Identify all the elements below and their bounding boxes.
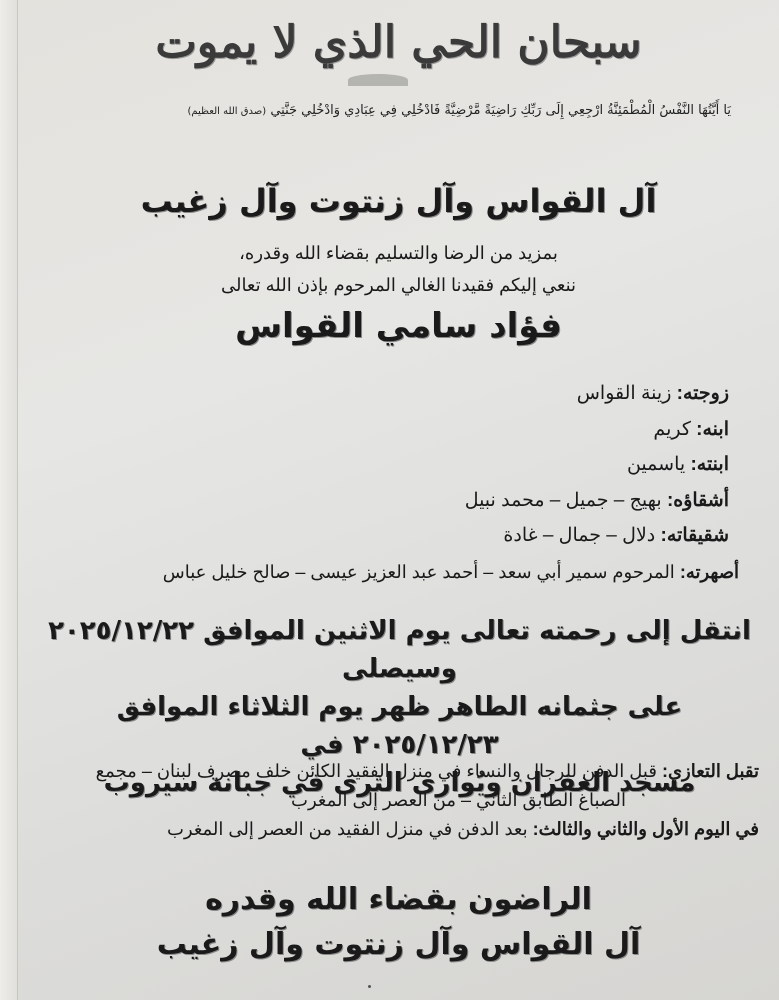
relative-value: زينة القواس <box>577 383 672 404</box>
relative-value: بهيج – جميل – محمد نبيل <box>465 490 662 511</box>
obituary-paper: سبحان الحي الذي لا يموت يَا أَيَّتُهَا ا… <box>18 0 779 1000</box>
closing-line-1: الراضون بقضاء الله وقدره <box>18 882 779 917</box>
families-header: آل القواس وآل زنتوت وآل زغيب <box>18 182 779 220</box>
condolence-label: في اليوم الأول والثاني والثالث: <box>533 819 759 839</box>
relative-son: ابنه: كريم <box>38 414 729 450</box>
announcement-line-1: انتقل إلى رحمته تعالى يوم الاثنين المواف… <box>40 612 759 688</box>
calligraphy-header: سبحان الحي الذي لا يموت <box>18 8 779 78</box>
relative-label: ابنه: <box>696 419 729 440</box>
condolence-before-burial-continued: الصباغ الطابق الثاني – من العصر إلى المغ… <box>38 786 759 815</box>
verse-source: (صدق الله العظيم) <box>187 106 266 117</box>
condolences-section: تقبل التعازي: قبل الدفن للرجال والنساء ف… <box>38 757 759 844</box>
deceased-name: فؤاد سامي القواس <box>18 306 779 346</box>
condolence-label: تقبل التعازي: <box>662 761 759 781</box>
verse-text: يَا أَيَّتُهَا النَّفْسُ الْمُطْمَئِنَّة… <box>270 103 731 118</box>
paper-edge <box>0 0 18 1000</box>
condolence-after-burial: في اليوم الأول والثاني والثالث: بعد الدف… <box>38 815 759 844</box>
relative-label: أشقاؤه: <box>667 490 729 511</box>
relative-label: ابنته: <box>690 454 729 475</box>
relative-wife: زوجته: زينة القواس <box>38 378 729 414</box>
announcement-line-2: على جثمانه الطاهر ظهر يوم الثلاثاء الموا… <box>40 688 759 764</box>
relative-label: أصهرته: <box>680 562 739 582</box>
closing-families: آل القواس وآل زنتوت وآل زغيب <box>18 927 779 962</box>
relative-sisters: شقيقاته: دلال – جمال – غادة <box>38 520 729 556</box>
relative-value: دلال – جمال – غادة <box>503 525 655 546</box>
relative-value: المرحوم سمير أبي سعد – أحمد عبد العزيز ع… <box>163 562 675 582</box>
relative-in-laws: أصهرته: المرحوم سمير أبي سعد – أحمد عبد … <box>38 556 739 592</box>
intro-line-2: ننعي إليكم فقيدنا الغالي المرحوم بإذن ال… <box>18 275 779 296</box>
relative-value: كريم <box>653 419 690 440</box>
relatives-list: زوجته: زينة القواس ابنه: كريم ابنته: ياس… <box>38 378 729 591</box>
relative-label: زوجته: <box>677 383 729 404</box>
relative-brothers: أشقاؤه: بهيج – جميل – محمد نبيل <box>38 485 729 521</box>
condolence-before-burial: تقبل التعازي: قبل الدفن للرجال والنساء ف… <box>38 757 759 786</box>
relative-label: شقيقاته: <box>661 525 729 546</box>
relative-value: ياسمين <box>627 454 685 475</box>
paper-speck <box>368 985 371 988</box>
condolence-text: قبل الدفن للرجال والنساء في منزل الفقيد … <box>96 761 657 781</box>
intro-line-1: بمزيد من الرضا والتسليم بقضاء الله وقدره… <box>18 243 779 264</box>
condolence-text: بعد الدفن في منزل الفقيد من العصر إلى ال… <box>167 819 528 839</box>
ornament-icon <box>348 74 408 86</box>
relative-daughter: ابنته: ياسمين <box>38 449 729 485</box>
quran-verse: يَا أَيَّتُهَا النَّفْسُ الْمُطْمَئِنَّة… <box>58 103 731 118</box>
